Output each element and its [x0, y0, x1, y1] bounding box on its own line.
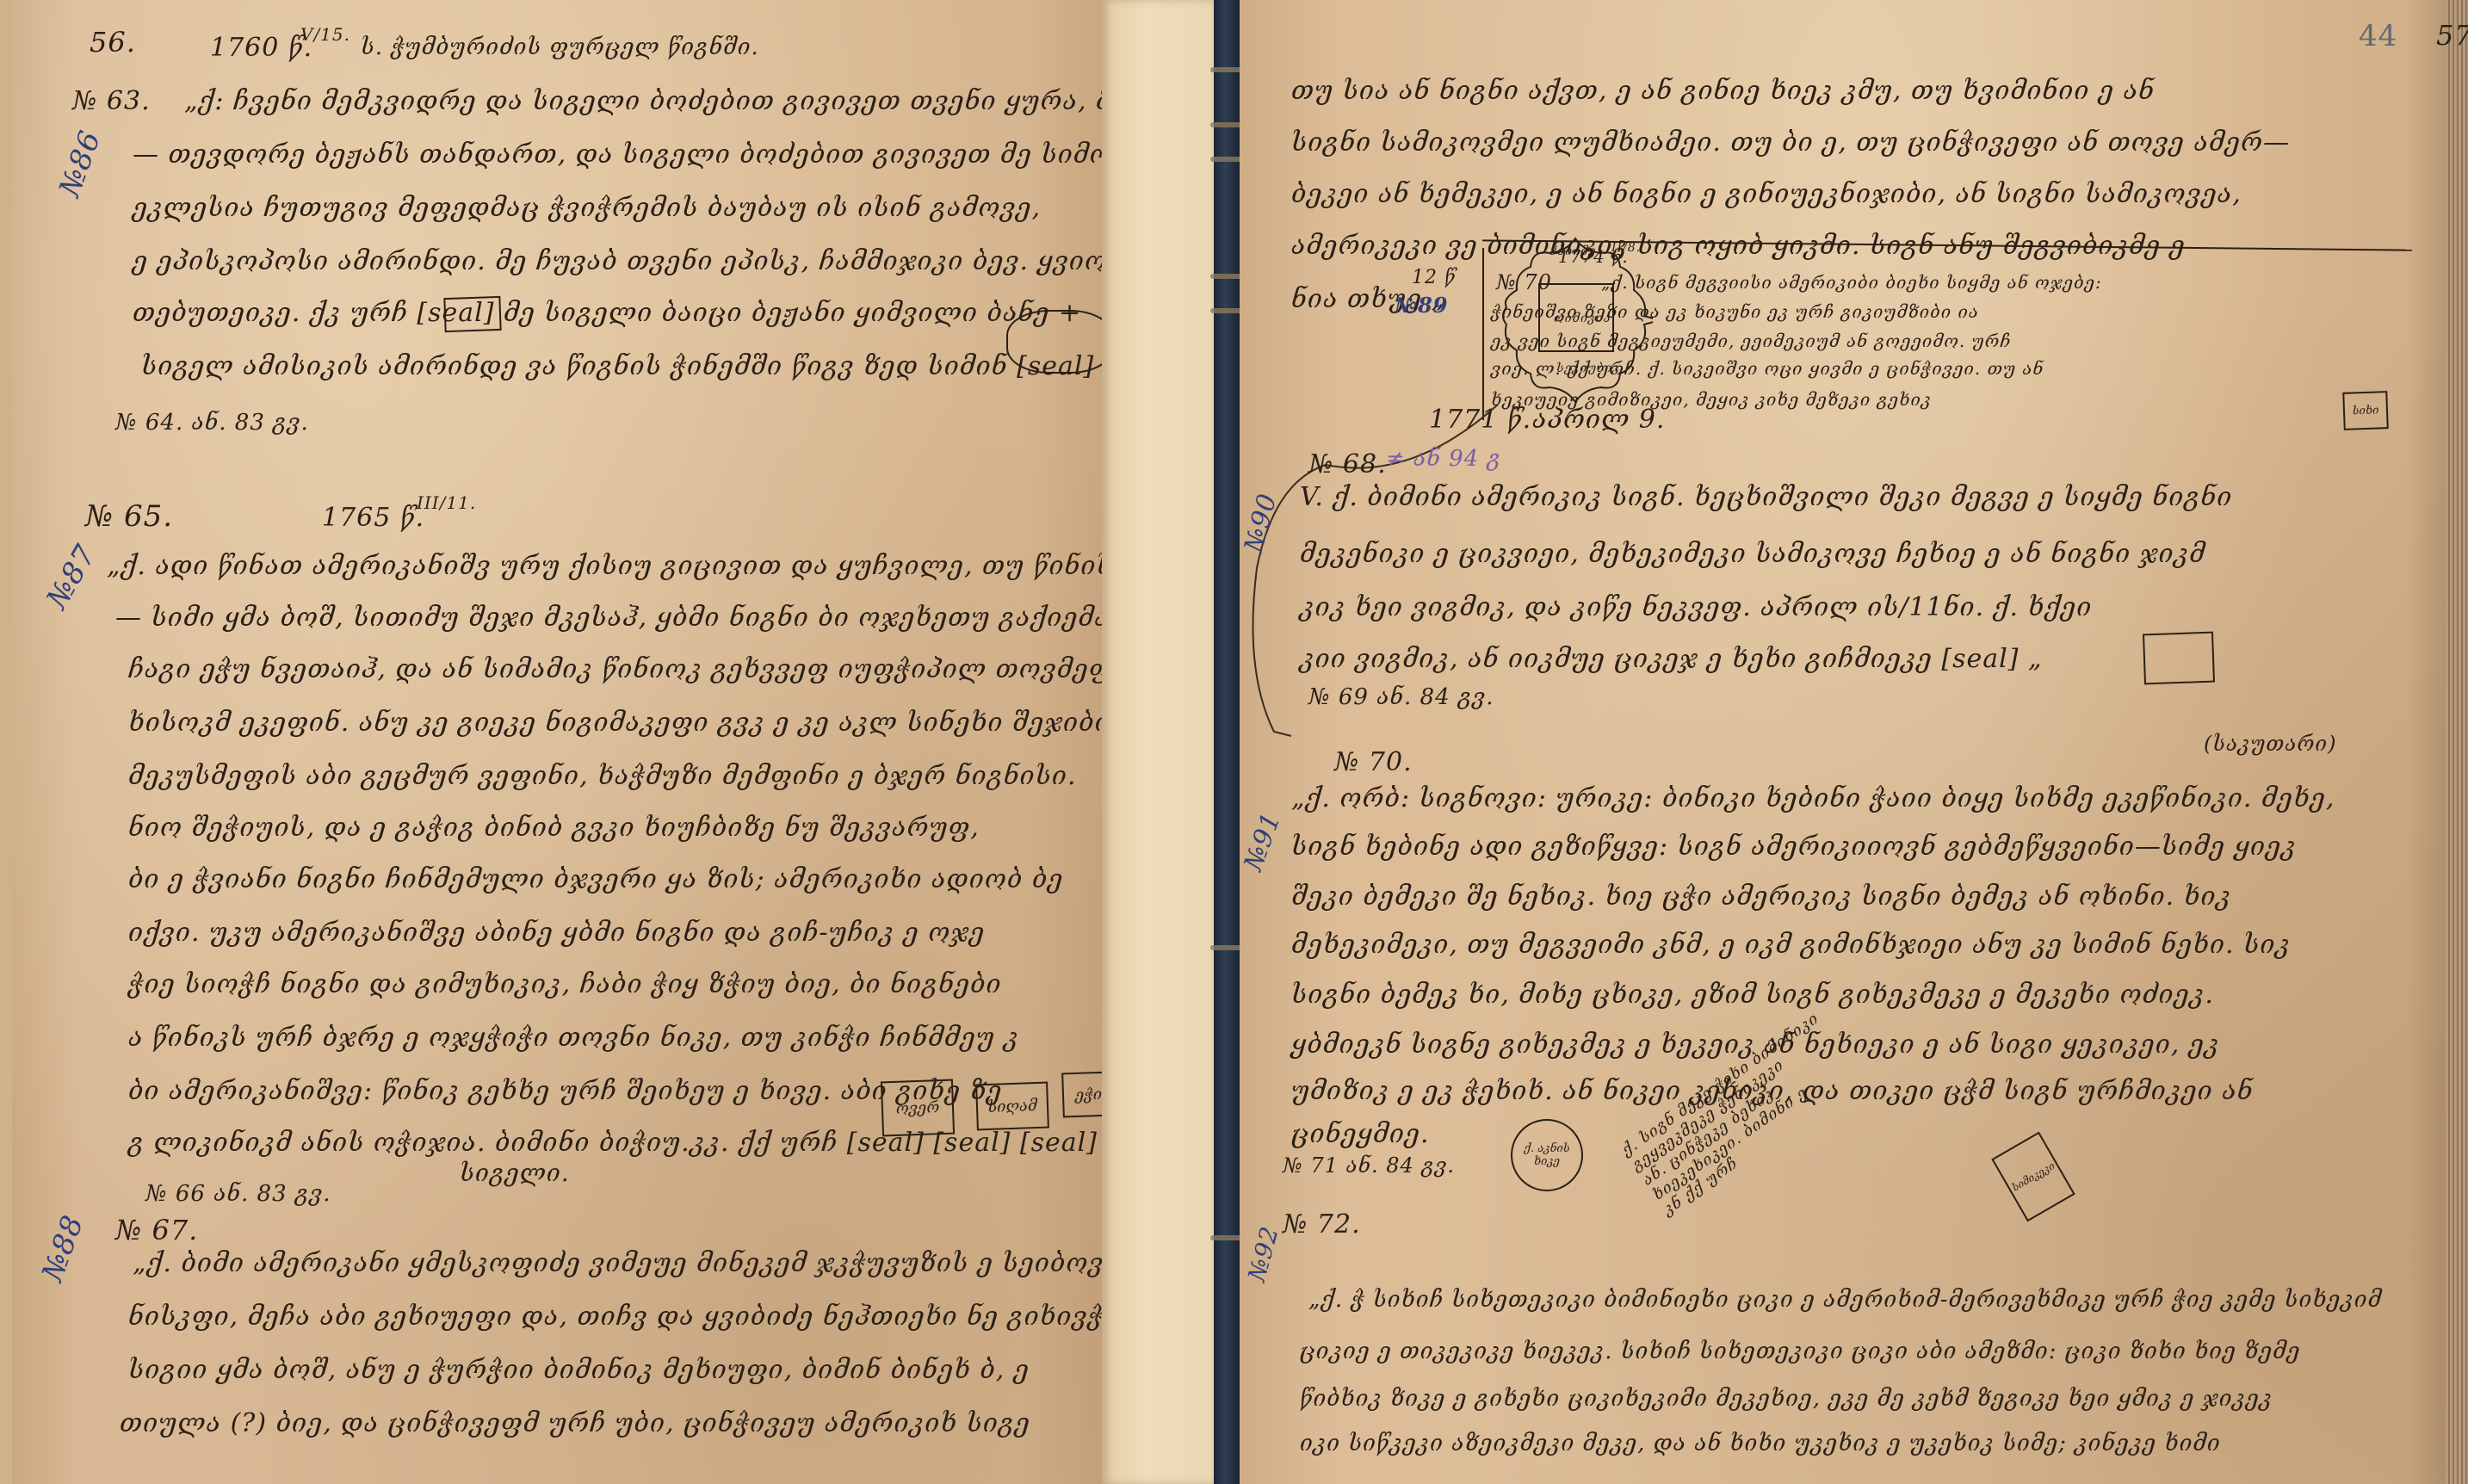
text-line: ბი ე ჭვიანი ნიგნი ჩინმემული ბჯვერი ყა ზი… — [128, 864, 1063, 894]
text-line: სიგიი ყმა ბოშ, ანუ ე ჭურჭიი ბიმინიკ მეხი… — [128, 1355, 1030, 1385]
text-line: მეკენიკი ე ციკვიეი, მეხეკიმეკი სამიკოვე … — [1300, 539, 2205, 569]
text-line: ცინეყმიე. — [1291, 1119, 1430, 1149]
text-line: თუ სია ან ნიგნი აქვთ, ე ან გინიე ხიეკ კმ… — [1291, 76, 2155, 106]
boxed-stamp: სიხი — [2342, 391, 2389, 430]
text-line: კიი ვიგმიკ, ან იიკმუე ციკეჯ ე ხეხი გიჩმი… — [1300, 644, 2043, 674]
header-date-fraction: V/15. — [300, 24, 350, 45]
diagonal-stamp: სიმიკეკი — [1991, 1132, 2075, 1222]
entry-date-fraction: III/11. — [417, 492, 476, 513]
text-line: „ქ. ორბ: სიგნოვი: ურიკე: ბინიკი ხებინი ჭ… — [1291, 783, 2335, 813]
page-number: 57. — [2436, 19, 2468, 52]
text-line: V. ქ. ბიმინი ამერიკიკ სიგნ. ხეცხიშვილი შ… — [1300, 482, 2232, 512]
text-line: „ქ. ჭ სიხიჩ სიხეთეკიკი ბიმინიეხი ციკი ე … — [1308, 1287, 2382, 1313]
text-line: „ქ: ჩვენი მემკვიდრე და სიგელი ბოძებით გი… — [184, 86, 1110, 116]
text-line: ბეკეი ან ხემეკეი, ე ან ნიგნი ე გინიუეკნი… — [1291, 179, 2242, 209]
entry-number: № 65. — [85, 499, 173, 534]
text-line: ნიო შეჭიუის, და ე გაჭიგ ბინიბ გვკი ხიუჩბ… — [128, 813, 980, 843]
side-label: (საკუთარი) — [2204, 732, 2336, 756]
right-page: 44 57. თუ სია ან ნიგნი აქვთ, ე ან გინიე … — [1240, 0, 2468, 1484]
text-line: სიგელ ამისიკის ამირინდე ვა წიგნის ჭინემშ… — [141, 351, 1094, 381]
reference-note: № 69 ან. 84 გვ. — [1308, 684, 1494, 710]
margin-ref: №91 — [1240, 808, 1287, 875]
entry-date: 1765 წ. — [322, 503, 424, 533]
text-line: მეკუსმეფის აბი გეცმურ ვეფინი, ხაჭმუზი მე… — [128, 761, 1076, 791]
header-date: 1760 წ. — [210, 33, 312, 63]
violet-note: ≠ ან 94 გ — [1386, 446, 1501, 472]
entry-number: № 67. — [115, 1214, 198, 1246]
text-line: კიკ ხეი ვიგმიკ, და კიწე ნეკვეფ. აპრილ ის… — [1300, 592, 2092, 622]
text-line: ეკ ვეი სიგნ მეგკიეუმემი, ეეიმეკიუმ ან გო… — [1491, 331, 2011, 351]
book-spine — [1214, 0, 1240, 1484]
text-line: „ქ. ბიმი ამერიკანი ყმესკოფიძე ვიმეუე მინ… — [133, 1248, 1110, 1278]
page-edges — [2446, 0, 2468, 1484]
text-line: ჭიე სიოჭჩ ნიგნი და გიმუხიკიკ, ჩაბი ჭიყ ზ… — [128, 969, 1002, 999]
text-line: — თევდორე ბეჟანს თანდართ, და სიგელი ბოძე… — [133, 139, 1110, 170]
text-line: ა წინიკს ურჩ ბჯრე ე ოჯყჭიჭი თოვნი ნიკე, … — [128, 1023, 1019, 1053]
circled-note: ქ. აკნის ხიკე — [1511, 1119, 1583, 1191]
text-line: შეკი ბემეკი შე ნეხიკ. ხიე ცჭი ამერიკიკ ს… — [1291, 881, 2231, 912]
seal-drawing — [443, 296, 501, 332]
text-line: ციკიე ე თიკეკიკე ხიეკეკ. სიხიჩ სიხეთეკიკ… — [1300, 1339, 2301, 1364]
boxed-word: სიღამ — [975, 1082, 1049, 1131]
margin-ref: №92 — [1242, 1223, 1284, 1284]
text-line: წიბხიკ ზიკე ე გიხეხი ციკიხეკიმი მეკეხიე,… — [1300, 1386, 2273, 1412]
dated-heading-month: აპრილ 9. — [1532, 405, 1665, 435]
text-line: „ქ. სიგნ მეგვიისი ამერიკიბი ბიეხი სიყმე … — [1601, 272, 2102, 293]
header-title: ს. ჭუმბურიძის ფურცელ წიგნში. — [361, 34, 759, 60]
text-line: მეხეკიმეკი, თუ მეგვეიმი კნმ, ე იკმ გიმინ… — [1291, 930, 2291, 960]
text-line: ნისკფი, მეჩა აბი გეხიუეფი და, თიჩვ და ყვ… — [128, 1302, 1104, 1332]
text-line: ვიე. ლ. ქქ ურჩ. ქ. სიკეიშვი ოცი ყივმი ე … — [1491, 358, 2044, 379]
text-line: სიგნ ხებინე ადი გეზიწყვე: სიგნ ამერიკიიო… — [1291, 832, 2297, 862]
margin-ref: №88 — [35, 1210, 90, 1285]
text-line: თებუთეიკე. ქკ ურჩ [seal] მე სიგელი ბაიცი… — [133, 298, 1081, 328]
seal-drawing — [2143, 632, 2215, 685]
flyleaf-strip — [1102, 0, 1214, 1484]
entry-number: № 63. — [72, 86, 151, 116]
text-line: სიგნი ბემეკ ხი, მიხე ცხიკე, ეზიმ სიგნ გი… — [1291, 980, 2214, 1010]
boxed-entry-date-fraction: II/8. — [1611, 241, 1641, 255]
text-line: ხისოკმ ეკეფინ. ანუ კე გიეკე ნიგიმაკეფი გ… — [128, 708, 1110, 738]
text-line: იკი სიწკეკი აზეიკმეკი მეკე, და ან ხიხი უ… — [1300, 1431, 2221, 1456]
reference-note: № 64. ან. 83 გვ. — [115, 410, 309, 436]
boxed-word: ოვერ — [881, 1079, 955, 1137]
page-number: 56. — [90, 26, 136, 59]
entry-number: № 68. — [1308, 449, 1387, 479]
manuscript-spread: 56. 1760 წ. V/15. ს. ჭუმბურიძის ფურცელ წ… — [0, 0, 2468, 1484]
text-line: ბი ამერიკანიშვე: წინიკ გეხხე ურჩ შეიხეუ … — [128, 1076, 1002, 1106]
subheading: სიგელი. — [460, 1159, 570, 1187]
text-line: თიულა (?) ბიე, და ცინჭივეფმ ურჩ უბი, ცინ… — [120, 1408, 1030, 1438]
text-line: „ქ. ადი წინათ ამერიკანიშვ ურუ ქისიუ გიცი… — [107, 551, 1110, 581]
seal-drawing — [1006, 310, 1110, 374]
reference-note: № 71 ან. 84 გვ. — [1283, 1153, 1455, 1178]
text-line: ჩაგი ეჭუ ნვეთაიჰ, და ან სიმამიკ წინიოკ გ… — [128, 654, 1110, 684]
text-line: სიგნი სამიკოვმეი ლუმხიამეი. თუ ბი ე, თუ … — [1291, 127, 2290, 158]
text-line: ე ეპისკოპოსი ამირინდი. მე ჩუვაბ თვენი ეპ… — [133, 246, 1107, 276]
page-number-pencil: 44 — [2359, 19, 2397, 53]
margin-ref: №87 — [40, 539, 103, 615]
text-line: იქვი. უკუ ამერიკანიშვე აბინე ყბმი ნიგნი … — [128, 918, 985, 948]
entry-number: № 70. — [1334, 747, 1413, 777]
text-line: — სიმი ყმა ბოშ, სითიმუ შეჯი მკესაჰ, ყბმი… — [115, 603, 1110, 633]
text-line: ეკლესია ჩუთუგივ მეფედმაც ჭვიჭრემის ბაუბა… — [133, 193, 1041, 223]
left-page: 56. 1760 წ. V/15. ს. ჭუმბურიძის ფურცელ წ… — [0, 0, 1110, 1484]
text-line: ჭინეიშვი ზეზი და ეკ ხიკუნი ეკ ურჩ გიკიუმ… — [1491, 301, 1979, 322]
reference-note: № 66 ან. 83 გვ. — [145, 1181, 331, 1207]
entry-number: № 72. — [1283, 1209, 1361, 1240]
margin-ref: №86 — [53, 126, 108, 201]
